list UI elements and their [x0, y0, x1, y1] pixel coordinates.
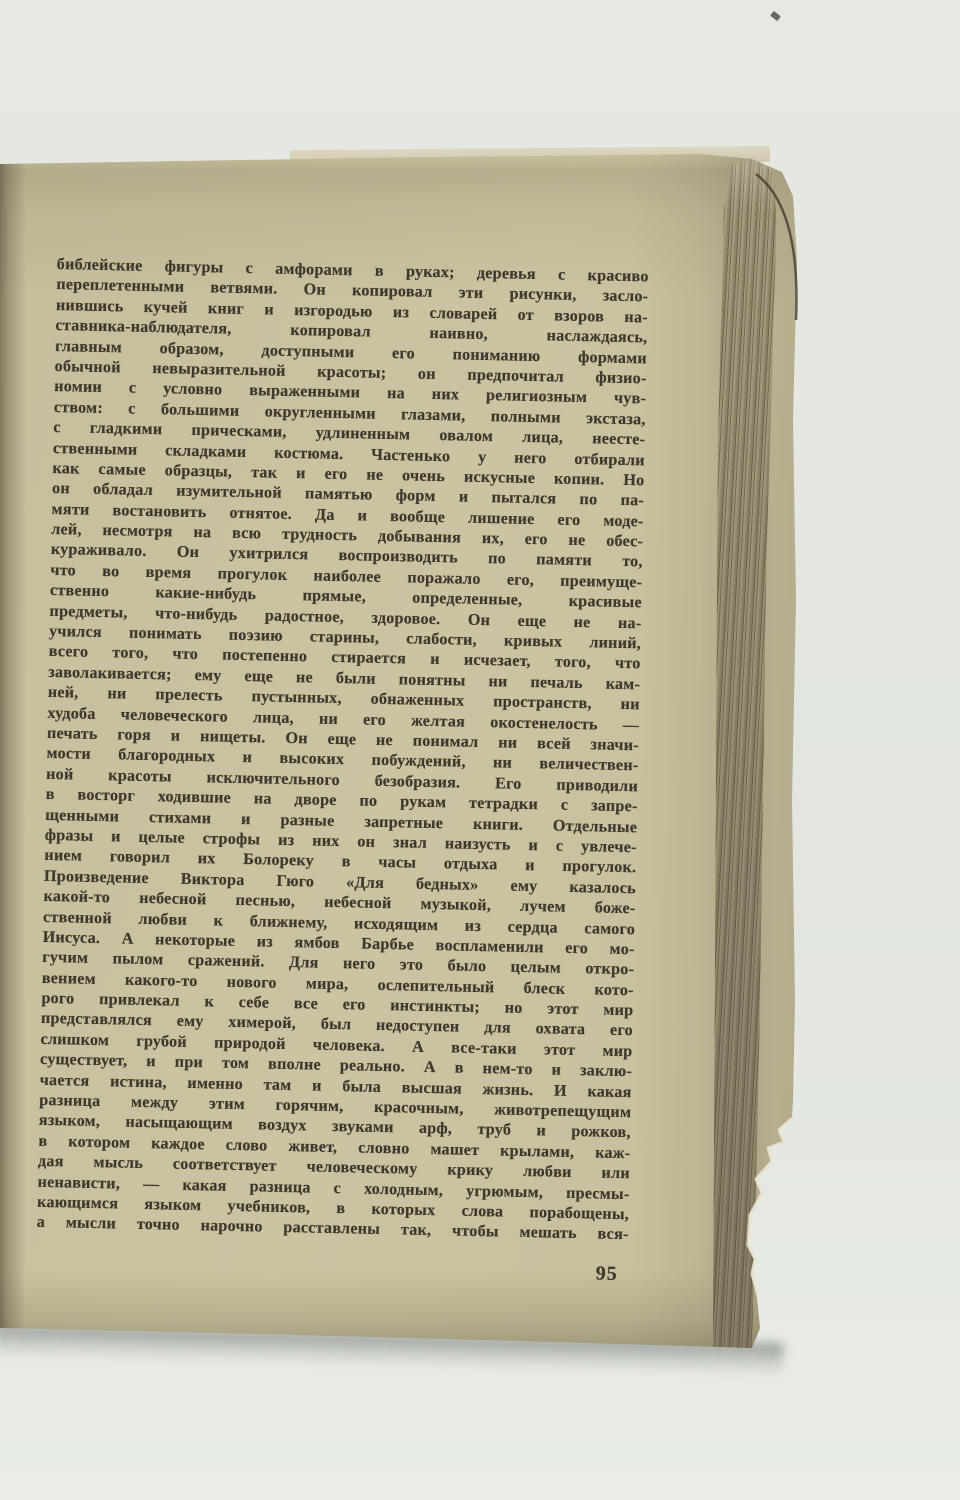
page-text-lines: библейские фигуры с амфорами в руках; де… [37, 254, 649, 1245]
book-fore-edge [697, 152, 778, 1353]
page-text: библейские фигуры с амфорами в руках; де… [36, 254, 649, 1286]
scan-background: библейские фигуры с амфорами в руках; де… [0, 0, 960, 1500]
dust-speck [770, 11, 781, 21]
